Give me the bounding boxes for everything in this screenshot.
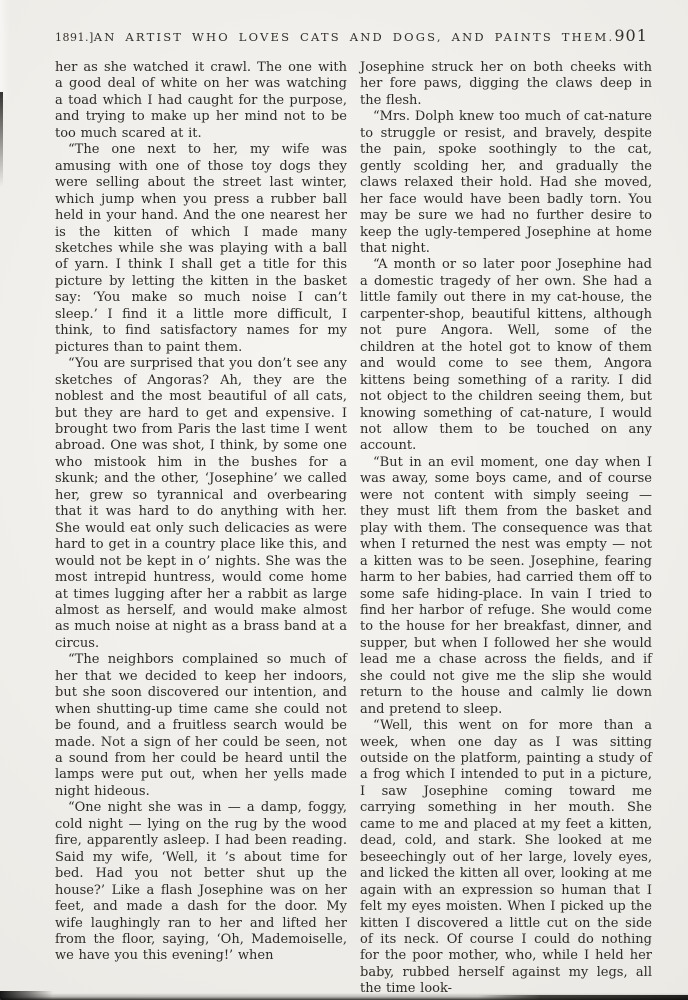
paragraph: “Mrs. Dolph knew too much of cat-nature … [360,109,652,257]
paragraph: Josephine struck her on both cheeks with… [360,60,652,109]
paragraph: “A month or so later poor Josephine had … [360,257,652,454]
header-year: 1891.] [55,31,94,44]
paragraph: “One night she was in — a damp, foggy, c… [55,800,347,965]
paragraph: her as she watched it crawl. The one wit… [55,60,347,142]
paragraph: “Well, this went on for more than a week… [360,718,652,998]
header-title: AN ARTIST WHO LOVES CATS AND DOGS, AND P… [94,30,615,44]
text-columns: her as she watched it crawl. The one wit… [55,60,652,998]
paragraph: “The neighbors complained so much of her… [55,652,347,800]
scan-shadow-bottom-right [478,995,688,1000]
scan-shadow-left [0,92,3,187]
scan-shadow-bottom-left [0,991,70,1000]
page-edge-highlight [0,0,10,100]
paragraph: “The one next to her, my wife was amusin… [55,142,347,356]
column-left: her as she watched it crawl. The one wit… [55,60,347,998]
column-right: Josephine struck her on both cheeks with… [360,60,652,998]
scanned-book-page: 1891.] AN ARTIST WHO LOVES CATS AND DOGS… [0,0,688,1000]
paragraph: “You are surprised that you don’t see an… [55,356,347,652]
header-page-number: 901 [614,26,662,45]
paragraph: “But in an evil moment, one day when I w… [360,455,652,718]
running-head: 1891.] AN ARTIST WHO LOVES CATS AND DOGS… [55,26,650,46]
